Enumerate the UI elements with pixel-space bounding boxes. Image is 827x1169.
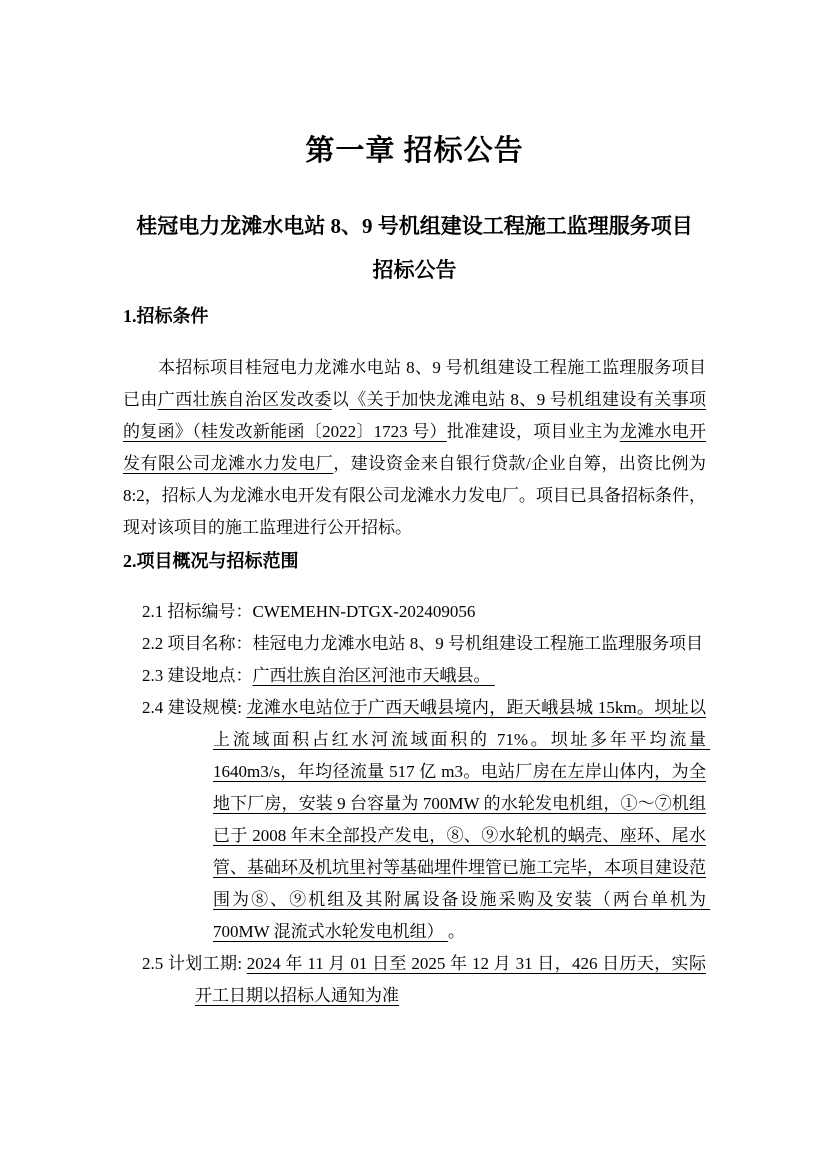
item-2-5: 2.5 计划工期: 2024 年 11 月 01 日至 2025 年 12 月 … <box>123 948 706 1012</box>
underlined-text: 2024 年 11 月 01 日至 2025 年 12 月 31 日，426 日… <box>195 954 706 1005</box>
underlined-text: 广西壮族自治区河池市天峨县。 <box>253 666 495 685</box>
underlined-text: 广西壮族自治区发改委 <box>158 390 332 409</box>
text-segment: 桂冠电力龙滩水电站 8、9 号机组建设工程施工监理服务项目 <box>253 634 704 653</box>
doc-title: 桂冠电力龙滩水电站 8、9 号机组建设工程施工监理服务项目 <box>123 215 706 238</box>
item-label: 2.3 建设地点： <box>142 666 253 685</box>
chapter-title: 第一章 招标公告 <box>123 136 706 167</box>
text-segment: 。 <box>448 922 465 941</box>
section-2-items: 2.1 招标编号：CWEMEHN-DTGX-2024090562.2 项目名称：… <box>123 596 706 1012</box>
doc-subtitle: 招标公告 <box>123 259 706 282</box>
text-segment: CWEMEHN-DTGX-202409056 <box>253 602 476 621</box>
section-1-heading: 1.招标条件 <box>123 306 706 327</box>
item-2-1: 2.1 招标编号：CWEMEHN-DTGX-202409056 <box>123 596 706 628</box>
document-page: 第一章 招标公告 桂冠电力龙滩水电站 8、9 号机组建设工程施工监理服务项目 招… <box>123 0 706 1012</box>
text-segment: 批准建设，项目业主为 <box>447 422 620 441</box>
item-2-4: 2.4 建设规模: 龙滩水电站位于广西天峨县境内，距天峨县城 15km。坝址以上… <box>123 692 706 948</box>
text-segment: 以 <box>332 390 349 409</box>
item-2-2: 2.2 项目名称：桂冠电力龙滩水电站 8、9 号机组建设工程施工监理服务项目 <box>123 628 706 660</box>
item-2-3: 2.3 建设地点：广西壮族自治区河池市天峨县。 <box>123 660 706 692</box>
item-label: 2.2 项目名称： <box>142 634 253 653</box>
underlined-text: 龙滩水电站位于广西天峨县境内，距天峨县城 15km。坝址以上流域面积占红水河流域… <box>213 698 710 941</box>
item-label: 2.5 计划工期: <box>142 954 247 973</box>
section-1-paragraph: 本招标项目桂冠电力龙滩水电站 8、9 号机组建设工程施工监理服务项目已由广西壮族… <box>123 352 706 544</box>
section-2-heading: 2.项目概况与招标范围 <box>123 551 706 572</box>
item-label: 2.1 招标编号： <box>142 602 253 621</box>
item-label: 2.4 建设规模: <box>142 698 247 717</box>
